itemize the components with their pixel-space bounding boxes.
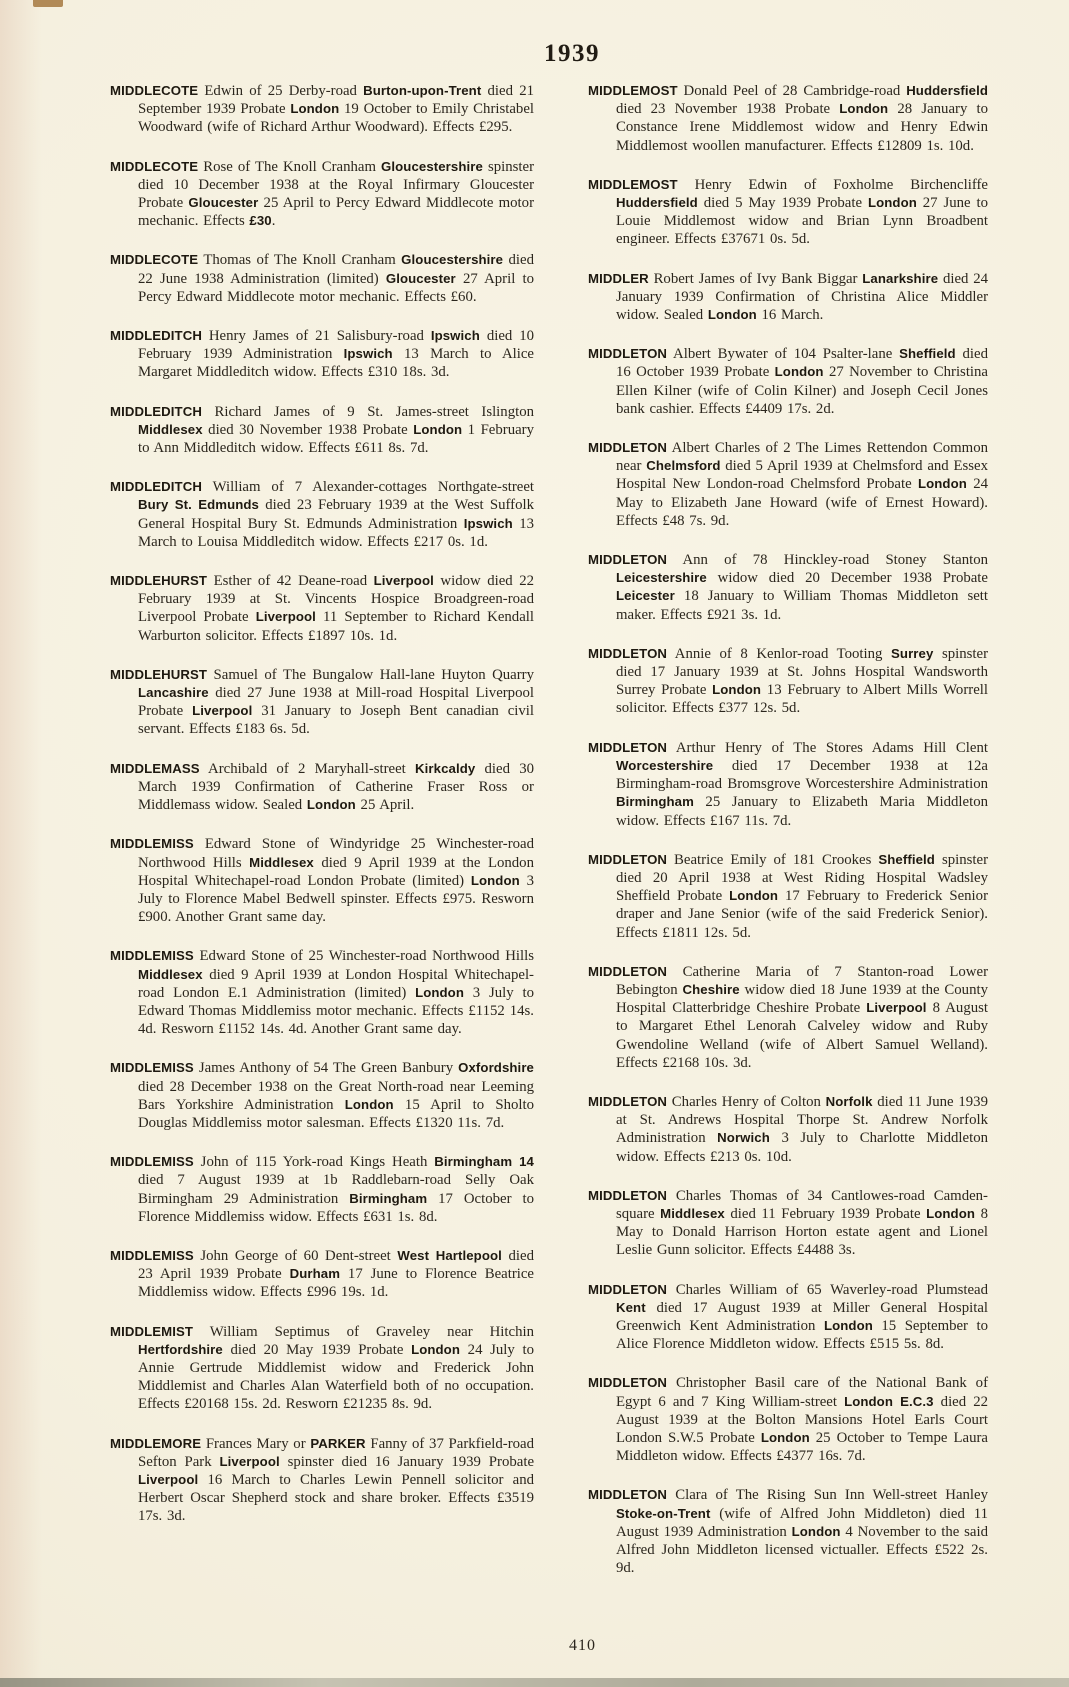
entry-bold-text: London bbox=[761, 1430, 810, 1445]
entry-bold-text: Liverpool bbox=[219, 1454, 279, 1469]
entry-bold-text: London bbox=[290, 101, 339, 116]
entry-columns: MIDDLECOTE Edwin of 25 Derby-road Burton… bbox=[110, 82, 988, 1598]
entry-bold-text: London bbox=[839, 101, 888, 116]
entry-text: Archibald of 2 Maryhall-street bbox=[200, 761, 415, 777]
entry-text: died 11 February 1939 Probate bbox=[725, 1206, 926, 1222]
entry-bold-text: Hertfordshire bbox=[138, 1342, 223, 1357]
entry-surname: MIDDLECOTE bbox=[110, 252, 198, 267]
probate-entry: MIDDLECOTE Rose of The Knoll Cranham Glo… bbox=[110, 158, 534, 231]
entry-surname: MIDDLEDITCH bbox=[110, 479, 202, 494]
entry-bold-text: London bbox=[413, 422, 462, 437]
entry-bold-text: Liverpool bbox=[256, 609, 316, 624]
entry-surname: MIDDLEMISS bbox=[110, 836, 194, 851]
entry-surname: MIDDLETON bbox=[588, 740, 667, 755]
entry-bold-text: London bbox=[729, 888, 778, 903]
entry-surname: MIDDLETON bbox=[588, 1487, 667, 1502]
entry-bold-text: Birmingham bbox=[616, 794, 694, 809]
entry-surname: MIDDLETON bbox=[588, 1282, 667, 1297]
probate-entry: MIDDLEMORE Frances Mary or PARKER Fanny … bbox=[110, 1435, 534, 1526]
probate-entry: MIDDLEDITCH Henry James of 21 Salisbury-… bbox=[110, 327, 534, 382]
entry-bold-text: Ipswich bbox=[344, 346, 393, 361]
entry-bold-text: London bbox=[926, 1206, 975, 1221]
probate-entry: MIDDLEMISS Edward Stone of 25 Winchester… bbox=[110, 947, 534, 1038]
entry-bold-text: London bbox=[307, 797, 356, 812]
entry-surname: MIDDLEMORE bbox=[110, 1436, 201, 1451]
entry-text: John George of 60 Dent-street bbox=[194, 1248, 398, 1264]
entry-text: Thomas of The Knoll Cranham bbox=[198, 252, 401, 268]
entry-bold-text: Liverpool bbox=[866, 1000, 926, 1015]
entry-bold-text: London bbox=[345, 1097, 394, 1112]
entry-bold-text: PARKER bbox=[310, 1436, 365, 1451]
entry-bold-text: Chelmsford bbox=[646, 458, 720, 473]
entry-bold-text: Liverpool bbox=[374, 573, 434, 588]
entry-bold-text: Gloucestershire bbox=[401, 252, 503, 267]
entry-text: William Septimus of Graveley near Hitchi… bbox=[193, 1324, 534, 1340]
probate-entry: MIDDLETON Annie of 8 Kenlor-road Tooting… bbox=[588, 645, 988, 718]
entry-surname: MIDDLEMOST bbox=[588, 83, 678, 98]
entry-surname: MIDDLER bbox=[588, 271, 649, 286]
scan-bottom-edge bbox=[0, 1678, 1069, 1687]
entry-bold-text: London bbox=[415, 985, 464, 1000]
probate-entry: MIDDLEMIST William Septimus of Graveley … bbox=[110, 1323, 534, 1414]
entry-text: Ann of 78 Hinckley-road Stoney Stanton bbox=[667, 552, 988, 568]
entry-bold-text: Leicester bbox=[616, 588, 675, 603]
entry-text: Donald Peel of 28 Cambridge-road bbox=[678, 83, 907, 99]
entry-bold-text: Stoke-on-Trent bbox=[616, 1506, 710, 1521]
probate-entry: MIDDLEMISS John George of 60 Dent-street… bbox=[110, 1247, 534, 1302]
entry-text: Richard James of 9 St. James-street Isli… bbox=[202, 404, 534, 420]
entry-text: Frances Mary or bbox=[201, 1436, 310, 1452]
entry-bold-text: Liverpool bbox=[138, 1472, 198, 1487]
entry-text: died 23 November 1938 Probate bbox=[616, 101, 839, 117]
entry-surname: MIDDLETON bbox=[588, 1188, 667, 1203]
entry-bold-text: London bbox=[824, 1318, 873, 1333]
probate-entry: MIDDLER Robert James of Ivy Bank Biggar … bbox=[588, 270, 988, 325]
entry-bold-text: Bury St. Edmunds bbox=[138, 497, 259, 512]
entry-bold-text: Gloucester bbox=[386, 271, 456, 286]
entry-bold-text: Kirkcaldy bbox=[415, 761, 475, 776]
probate-entry: MIDDLEMISS James Anthony of 54 The Green… bbox=[110, 1059, 534, 1132]
entry-bold-text: Middlesex bbox=[249, 855, 314, 870]
entry-bold-text: Cheshire bbox=[682, 982, 739, 997]
entry-surname: MIDDLEDITCH bbox=[110, 328, 202, 343]
entry-bold-text: London bbox=[792, 1524, 841, 1539]
probate-entry: MIDDLETON Albert Charles of 2 The Limes … bbox=[588, 439, 988, 530]
entry-bold-text: Sheffield bbox=[878, 852, 935, 867]
entry-bold-text: Leicestershire bbox=[616, 570, 707, 585]
entry-surname: MIDDLEHURST bbox=[110, 667, 207, 682]
entry-bold-text: Middlesex bbox=[138, 422, 203, 437]
entry-surname: MIDDLETON bbox=[588, 440, 667, 455]
entry-bold-text: London bbox=[712, 682, 761, 697]
entry-bold-text: Kent bbox=[616, 1300, 646, 1315]
probate-entry: MIDDLETON Albert Bywater of 104 Psalter-… bbox=[588, 345, 988, 418]
right-column: MIDDLEMOST Donald Peel of 28 Cambridge-r… bbox=[588, 82, 988, 1598]
entry-bold-text: London bbox=[411, 1342, 460, 1357]
entry-bold-text: Huddersfield bbox=[906, 83, 988, 98]
entry-text: Rose of The Knoll Cranham bbox=[198, 159, 381, 175]
probate-entry: MIDDLEHURST Esther of 42 Deane-road Live… bbox=[110, 572, 534, 645]
probate-entry: MIDDLEMISS John of 115 York-road Kings H… bbox=[110, 1153, 534, 1226]
entry-text: John of 115 York-road Kings Heath bbox=[194, 1154, 434, 1170]
entry-surname: MIDDLETON bbox=[588, 646, 667, 661]
entry-text: widow died 20 December 1938 Probate bbox=[707, 570, 988, 586]
entry-surname: MIDDLEMASS bbox=[110, 761, 200, 776]
entry-surname: MIDDLETON bbox=[588, 852, 667, 867]
entry-bold-text: Huddersfield bbox=[616, 195, 698, 210]
entry-bold-text: Birmingham 14 bbox=[434, 1154, 534, 1169]
entry-text: Esther of 42 Deane-road bbox=[207, 573, 374, 589]
entry-bold-text: London bbox=[708, 307, 757, 322]
entry-text: Robert James of Ivy Bank Biggar bbox=[649, 271, 863, 287]
entry-surname: MIDDLETON bbox=[588, 552, 667, 567]
page-year-header: 1939 bbox=[544, 40, 600, 68]
entry-bold-text: London bbox=[918, 476, 967, 491]
entry-text: Henry Edwin of Foxholme Birchencliffe bbox=[678, 177, 988, 193]
entry-bold-text: Durham bbox=[290, 1266, 340, 1281]
entry-surname: MIDDLETON bbox=[588, 346, 667, 361]
probate-entry: MIDDLEDITCH Richard James of 9 St. James… bbox=[110, 403, 534, 458]
entry-text: spinster died 16 January 1939 Probate bbox=[280, 1454, 534, 1470]
entry-bold-text: London bbox=[775, 364, 824, 379]
entry-surname: MIDDLEDITCH bbox=[110, 404, 202, 419]
entry-bold-text: Lancashire bbox=[138, 685, 209, 700]
entry-text: Arthur Henry of The Stores Adams Hill Cl… bbox=[667, 740, 988, 756]
entry-surname: MIDDLEHURST bbox=[110, 573, 207, 588]
entry-text: died 20 May 1939 Probate bbox=[223, 1342, 411, 1358]
entry-text: . bbox=[272, 213, 276, 229]
entry-surname: MIDDLEMISS bbox=[110, 1060, 194, 1075]
entry-bold-text: Gloucestershire bbox=[381, 159, 483, 174]
entry-bold-text: Ipswich bbox=[431, 328, 480, 343]
probate-entry: MIDDLEHURST Samuel of The Bungalow Hall-… bbox=[110, 666, 534, 739]
entry-bold-text: Surrey bbox=[891, 646, 933, 661]
entry-text: Samuel of The Bungalow Hall-lane Huyton … bbox=[207, 667, 534, 683]
entry-bold-text: London bbox=[471, 873, 520, 888]
entry-text: died 5 May 1939 Probate bbox=[698, 195, 868, 211]
entry-text: Edward Stone of 25 Winchester-road North… bbox=[194, 948, 534, 964]
entry-bold-text: Middlesex bbox=[660, 1206, 725, 1221]
entry-bold-text: Oxfordshire bbox=[458, 1060, 534, 1075]
entry-bold-text: Worcestershire bbox=[616, 758, 713, 773]
entry-bold-text: Burton-upon-Trent bbox=[363, 83, 481, 98]
entry-bold-text: Middlesex bbox=[138, 967, 203, 982]
entry-bold-text: Norfolk bbox=[826, 1094, 873, 1109]
entry-surname: MIDDLEMISS bbox=[110, 948, 194, 963]
entry-surname: MIDDLEMIST bbox=[110, 1324, 193, 1339]
scan-corner-artifact bbox=[33, 0, 63, 7]
entry-text: 25 April. bbox=[356, 797, 414, 813]
entry-text: Henry James of 21 Salisbury-road bbox=[202, 328, 431, 344]
entry-bold-text: London E.C.3 bbox=[844, 1394, 934, 1409]
probate-entry: MIDDLETON Arthur Henry of The Stores Ada… bbox=[588, 739, 988, 830]
entry-bold-text: Norwich bbox=[717, 1130, 770, 1145]
probate-entry: MIDDLETON Beatrice Emily of 181 Crookes … bbox=[588, 851, 988, 942]
entry-surname: MIDDLETON bbox=[588, 964, 667, 979]
entry-bold-text: West Hartlepool bbox=[397, 1248, 502, 1263]
entry-bold-text: Ipswich bbox=[464, 516, 513, 531]
entry-text: Albert Bywater of 104 Psalter-lane bbox=[667, 346, 899, 362]
entry-bold-text: London bbox=[868, 195, 917, 210]
left-column: MIDDLECOTE Edwin of 25 Derby-road Burton… bbox=[110, 82, 534, 1598]
probate-entry: MIDDLEDITCH William of 7 Alexander-cotta… bbox=[110, 478, 534, 551]
entry-surname: MIDDLECOTE bbox=[110, 83, 198, 98]
entry-text: Edwin of 25 Derby-road bbox=[198, 83, 363, 99]
entry-bold-text: Sheffield bbox=[899, 346, 956, 361]
entry-text: Beatrice Emily of 181 Crookes bbox=[667, 852, 878, 868]
entry-bold-text: £30 bbox=[249, 213, 271, 228]
entry-text: Clara of The Rising Sun Inn Well-street … bbox=[667, 1487, 988, 1503]
probate-entry: MIDDLETON Clara of The Rising Sun Inn We… bbox=[588, 1486, 988, 1577]
probate-entry: MIDDLEMOST Henry Edwin of Foxholme Birch… bbox=[588, 176, 988, 249]
entry-bold-text: Gloucester bbox=[188, 195, 258, 210]
entry-surname: MIDDLETON bbox=[588, 1094, 667, 1109]
probate-entry: MIDDLETON Christopher Basil care of the … bbox=[588, 1374, 988, 1465]
entry-text: James Anthony of 54 The Green Banbury bbox=[194, 1060, 458, 1076]
entry-text: 16 March. bbox=[757, 307, 824, 323]
probate-entry: MIDDLEMISS Edward Stone of Windyridge 25… bbox=[110, 835, 534, 926]
probate-entry: MIDDLETON Charles Henry of Colton Norfol… bbox=[588, 1093, 988, 1166]
probate-calendar-page: 1939 MIDDLECOTE Edwin of 25 Derby-road B… bbox=[0, 0, 1069, 1687]
entry-bold-text: Lanarkshire bbox=[862, 271, 938, 286]
entry-text: Annie of 8 Kenlor-road Tooting bbox=[667, 646, 891, 662]
probate-entry: MIDDLETON Charles William of 65 Waverley… bbox=[588, 1281, 988, 1354]
page-number: 410 bbox=[569, 1637, 596, 1655]
entry-text: died 30 November 1938 Probate bbox=[203, 422, 414, 438]
entry-bold-text: Liverpool bbox=[192, 703, 252, 718]
entry-surname: MIDDLEMISS bbox=[110, 1248, 194, 1263]
scan-left-edge-tint bbox=[0, 0, 42, 1687]
entry-text: Charles Henry of Colton bbox=[667, 1094, 826, 1110]
entry-surname: MIDDLECOTE bbox=[110, 159, 198, 174]
entry-text: William of 7 Alexander-cottages Northgat… bbox=[202, 479, 534, 495]
probate-entry: MIDDLEMASS Archibald of 2 Maryhall-stree… bbox=[110, 760, 534, 815]
entry-surname: MIDDLEMOST bbox=[588, 177, 678, 192]
probate-entry: MIDDLETON Catherine Maria of 7 Stanton-r… bbox=[588, 963, 988, 1072]
probate-entry: MIDDLECOTE Edwin of 25 Derby-road Burton… bbox=[110, 82, 534, 137]
probate-entry: MIDDLETON Charles Thomas of 34 Cantlowes… bbox=[588, 1187, 988, 1260]
entry-surname: MIDDLEMISS bbox=[110, 1154, 194, 1169]
probate-entry: MIDDLETON Ann of 78 Hinckley-road Stoney… bbox=[588, 551, 988, 624]
entry-surname: MIDDLETON bbox=[588, 1375, 667, 1390]
probate-entry: MIDDLECOTE Thomas of The Knoll Cranham G… bbox=[110, 251, 534, 306]
entry-bold-text: Birmingham bbox=[349, 1191, 427, 1206]
entry-text: 16 March to Charles Lewin Pennell solici… bbox=[138, 1472, 534, 1524]
entry-text: Charles William of 65 Waverley-road Plum… bbox=[667, 1282, 988, 1298]
probate-entry: MIDDLEMOST Donald Peel of 28 Cambridge-r… bbox=[588, 82, 988, 155]
